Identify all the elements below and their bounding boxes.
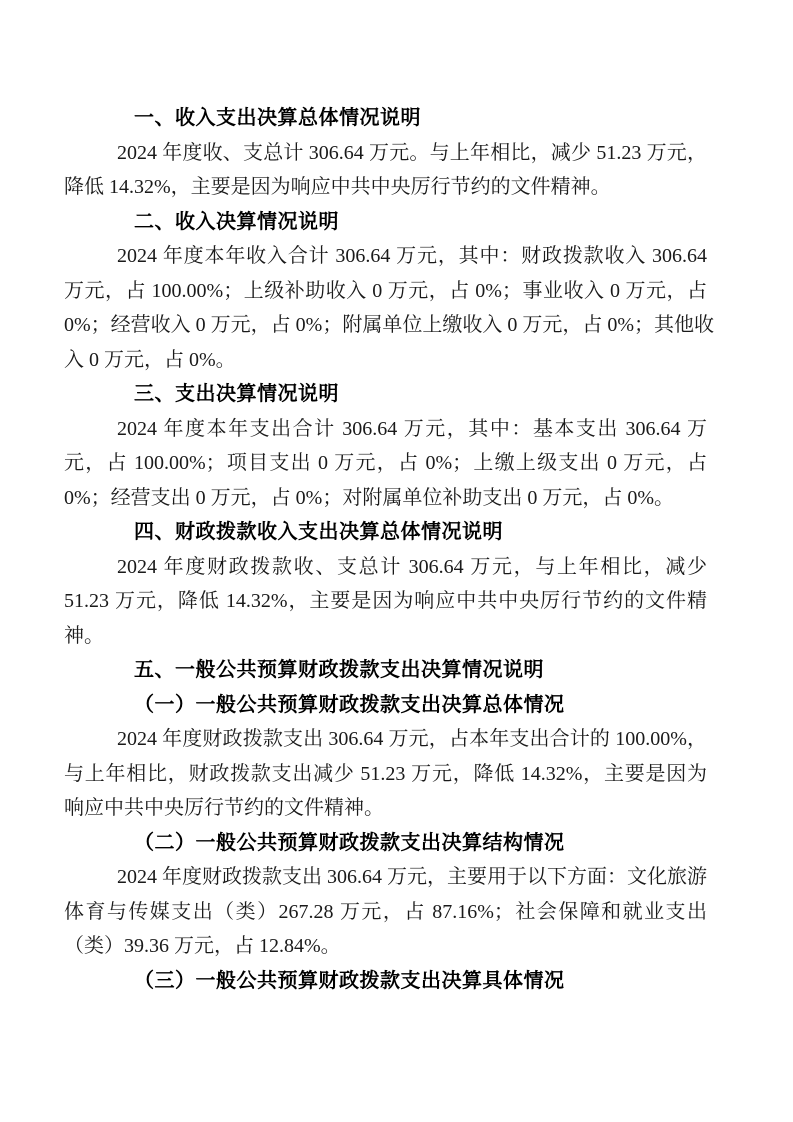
text-line: 降低 14.32%，主要是因为响应中共中央厉行节约的文件精神。 (64, 170, 707, 205)
document-content: 一、收入支出决算总体情况说明 2024 年度收、支总计 306.64 万元。与上… (64, 101, 707, 998)
section-heading-expense-details: 三、支出决算情况说明 (64, 377, 707, 412)
text-line: 2024 年度财政拨款支出 306.64 万元，主要用于以下方面：文化旅游 (64, 860, 707, 895)
text-line: 2024 年度本年收入合计 306.64 万元，其中：财政拨款收入 306.64 (64, 239, 707, 274)
paragraph-fiscal-appropriation-overview: 2024 年度财政拨款收、支总计 306.64 万元，与上年相比，减少 51.2… (64, 550, 707, 654)
document-page: 一、收入支出决算总体情况说明 2024 年度收、支总计 306.64 万元。与上… (0, 0, 793, 1122)
paragraph-income-expense-overview: 2024 年度收、支总计 306.64 万元。与上年相比，减少 51.23 万元… (64, 136, 707, 205)
text-line: 0%；经营支出 0 万元，占 0%；对附属单位补助支出 0 万元，占 0%。 (64, 481, 707, 516)
text-line: 响应中共中央厉行节约的文件精神。 (64, 791, 707, 826)
text-line: 入 0 万元，占 0%。 (64, 343, 707, 378)
section-heading-fiscal-appropriation-overview: 四、财政拨款收入支出决算总体情况说明 (64, 515, 707, 550)
text-line: 神。 (64, 619, 707, 654)
paragraph-public-budget-overall: 2024 年度财政拨款支出 306.64 万元，占本年支出合计的 100.00%… (64, 722, 707, 826)
text-line: 51.23 万元，降低 14.32%，主要是因为响应中共中央厉行节约的文件精 (64, 584, 707, 619)
text-line: 0%；经营收入 0 万元，占 0%；附属单位上缴收入 0 万元，占 0%；其他收 (64, 308, 707, 343)
section-heading-income-details: 二、收入决算情况说明 (64, 205, 707, 240)
subsection-heading-public-budget-specific: （三）一般公共预算财政拨款支出决算具体情况 (64, 964, 707, 999)
text-line: 2024 年度财政拨款收、支总计 306.64 万元，与上年相比，减少 (64, 550, 707, 585)
text-line: 2024 年度财政拨款支出 306.64 万元，占本年支出合计的 100.00%… (64, 722, 707, 757)
paragraph-expense-details: 2024 年度本年支出合计 306.64 万元，其中：基本支出 306.64 万… (64, 412, 707, 516)
section-heading-public-budget-expense: 五、一般公共预算财政拨款支出决算情况说明 (64, 653, 707, 688)
paragraph-income-details: 2024 年度本年收入合计 306.64 万元，其中：财政拨款收入 306.64… (64, 239, 707, 377)
text-line: 万元，占 100.00%；上级补助收入 0 万元，占 0%；事业收入 0 万元，… (64, 274, 707, 309)
subsection-heading-public-budget-overall: （一）一般公共预算财政拨款支出决算总体情况 (64, 688, 707, 723)
text-line: 2024 年度本年支出合计 306.64 万元，其中：基本支出 306.64 万 (64, 412, 707, 447)
text-line: 2024 年度收、支总计 306.64 万元。与上年相比，减少 51.23 万元… (64, 136, 707, 171)
text-line: 体育与传媒支出（类）267.28 万元，占 87.16%；社会保障和就业支出 (64, 895, 707, 930)
text-line: 元，占 100.00%；项目支出 0 万元，占 0%；上缴上级支出 0 万元，占 (64, 446, 707, 481)
section-heading-income-expense-overview: 一、收入支出决算总体情况说明 (64, 101, 707, 136)
subsection-heading-public-budget-structure: （二）一般公共预算财政拨款支出决算结构情况 (64, 826, 707, 861)
paragraph-public-budget-structure: 2024 年度财政拨款支出 306.64 万元，主要用于以下方面：文化旅游 体育… (64, 860, 707, 964)
text-line: （类）39.36 万元，占 12.84%。 (64, 929, 707, 964)
text-line: 与上年相比，财政拨款支出减少 51.23 万元，降低 14.32%，主要是因为 (64, 757, 707, 792)
